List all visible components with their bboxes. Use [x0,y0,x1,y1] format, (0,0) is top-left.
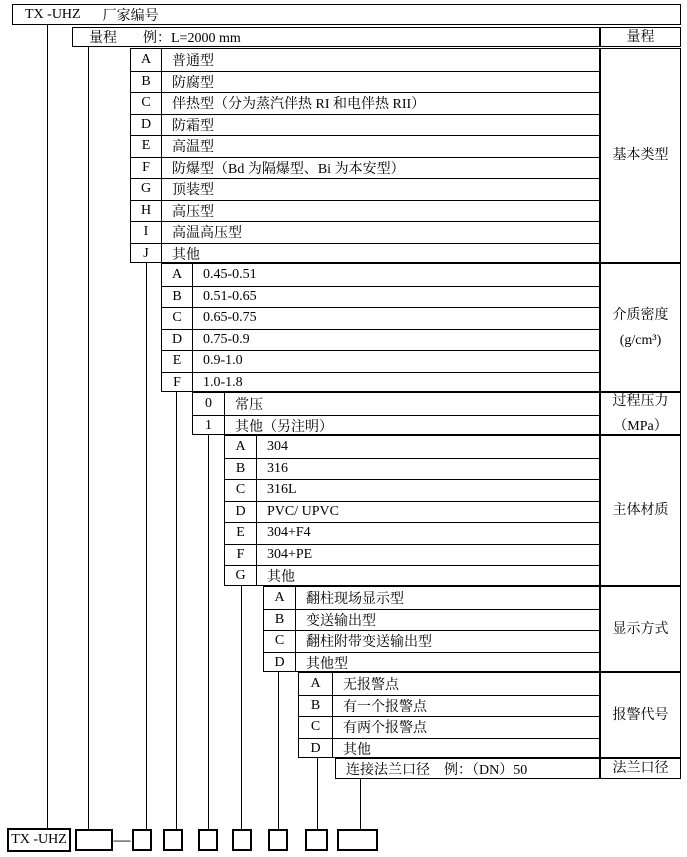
connector-line-density [176,392,177,829]
connector-line-model [47,25,48,829]
description-cell: 变送输出型 [296,610,376,631]
basic-type-row-B: B防腐型 [131,71,599,93]
body-material-row-D: DPVC/ UPVC [225,501,599,523]
description-cell: PVC/ UPVC [257,502,339,523]
code-cell: E [162,351,193,372]
description-cell: 其他（另注明） [225,416,333,436]
description-cell: 高温高压型 [162,222,242,243]
code-cell: F [131,158,162,179]
model-prefix-text: TX -UHZ [25,7,81,23]
category-basic-type: 基本类型 [600,48,681,263]
medium-density-row-A: A0.45-0.51 [162,264,599,286]
description-cell: 0.51-0.65 [193,287,257,308]
section-basic-type: A普通型B防腐型C伴热型（分为蒸汽伴热 RI 和电伴热 RII）D防霜型E高温型… [130,48,600,263]
description-cell: 高温型 [162,136,214,157]
model-prefix-box: TX -UHZ [7,828,71,852]
model-prefix-bottom-text: TX -UHZ [11,832,67,848]
category-label-line: 基本类型 [613,143,669,168]
code-cell: H [131,201,162,222]
code-cell: A [225,436,257,458]
medium-density-row-B: B0.51-0.65 [162,286,599,308]
model-code-dash: — [111,829,133,851]
description-cell: 316L [257,480,297,501]
code-cell: C [299,717,333,738]
code-cell: A [264,587,296,609]
connector-line-range [88,47,89,829]
category-label-line: 介质密度 [613,303,669,328]
medium-density-row-D: D0.75-0.9 [162,329,599,351]
code-box-range [75,829,113,851]
body-material-row-F: F304+PE [225,544,599,566]
range-label: 量程 [89,27,117,47]
alarm-code-row-D: D其他 [299,738,599,759]
display-mode-row-D: D其他型 [264,652,599,673]
code-box-display-mode [268,829,288,851]
category-alarm-code: 报警代号 [600,672,681,758]
code-cell: A [131,49,162,71]
medium-density-row-C: C0.65-0.75 [162,307,599,329]
process-pressure-row-1: 1其他（另注明） [193,415,599,436]
description-cell: 1.0-1.8 [193,373,243,393]
range-example: 例：L=2000 mm [143,27,241,47]
description-cell: 伴热型（分为蒸汽伴热 RI 和电伴热 RII） [162,93,425,114]
description-cell: 304+F4 [257,523,311,544]
code-cell: G [131,179,162,200]
category-label-line: 过程压力 [613,389,669,414]
description-cell: 0.9-1.0 [193,351,243,372]
code-cell: E [131,136,162,157]
factory-number-label: 厂家编号 [103,5,159,25]
connector-line-flange [360,779,361,829]
display-mode-row-A: A翻柱现场显示型 [264,587,599,609]
body-material-row-E: E304+F4 [225,522,599,544]
medium-density-row-F: F1.0-1.8 [162,372,599,393]
description-cell: 316 [257,459,288,480]
code-box-basic-type [132,829,152,851]
connector-line-pressure [208,435,209,829]
code-cell: F [225,545,257,566]
basic-type-row-E: E高温型 [131,135,599,157]
body-material-row-A: A304 [225,436,599,458]
code-cell: B [299,696,333,717]
section-process-pressure: 0常压1其他（另注明） [192,392,600,435]
flange-label: 连接法兰口径 例：（DN）50 [346,759,527,779]
description-cell: 304 [257,436,288,458]
basic-type-row-I: I高温高压型 [131,221,599,243]
category-label-line: 主体材质 [613,498,669,523]
code-cell: 0 [193,393,225,415]
code-cell: F [162,373,193,393]
code-box-density [163,829,183,851]
code-cell: G [225,566,257,586]
description-cell: 0.75-0.9 [193,330,250,351]
basic-type-row-A: A普通型 [131,49,599,71]
code-box-pressure [198,829,218,851]
description-cell: 防腐型 [162,72,214,93]
code-cell: J [131,244,162,264]
medium-density-row-E: E0.9-1.0 [162,350,599,372]
code-cell: 1 [193,416,225,436]
description-cell: 0.65-0.75 [193,308,257,329]
section-display-mode: A翻柱现场显示型B变送输出型C翻柱附带变送输出型D其他型 [263,586,600,672]
description-cell: 防霜型 [162,115,214,136]
basic-type-row-H: H高压型 [131,200,599,222]
category-flange: 法兰口径 [600,758,681,779]
category-label-line: (g/cm³) [620,328,662,353]
code-cell: D [131,115,162,136]
description-cell: 其他 [162,244,200,264]
body-material-row-G: G其他 [225,565,599,586]
code-cell: C [264,631,296,652]
range-row: 量程 例：L=2000 mm [72,27,600,47]
category-range: 量程 [600,27,681,47]
basic-type-row-J: J其他 [131,243,599,264]
code-cell: B [131,72,162,93]
body-material-row-C: C316L [225,479,599,501]
section-alarm-code: A无报警点B有一个报警点C有两个报警点D其他 [298,672,600,758]
category-display-mode: 显示方式 [600,586,681,672]
section-medium-density: A0.45-0.51B0.51-0.65C0.65-0.75D0.75-0.9E… [161,263,600,392]
code-cell: B [225,459,257,480]
display-mode-row-B: B变送输出型 [264,609,599,631]
display-mode-row-C: C翻柱附带变送输出型 [264,630,599,652]
code-cell: D [162,330,193,351]
category-label-line: 报警代号 [613,703,669,728]
description-cell: 常压 [225,393,263,415]
category-label-line: 显示方式 [613,617,669,642]
alarm-code-row-C: C有两个报警点 [299,716,599,738]
connector-line-material [241,586,242,829]
basic-type-row-C: C伴热型（分为蒸汽伴热 RI 和电伴热 RII） [131,92,599,114]
category-medium-density: 介质密度(g/cm³) [600,263,681,392]
connector-line-alarm-code [317,758,318,829]
flange-row: 连接法兰口径 例：（DN）50 [335,758,600,779]
description-cell: 有一个报警点 [333,696,427,717]
description-cell: 其他 [257,566,295,586]
code-cell: D [225,502,257,523]
description-cell: 有两个报警点 [333,717,427,738]
code-cell: C [225,480,257,501]
code-cell: C [131,93,162,114]
category-body-material: 主体材质 [600,435,681,586]
description-cell: 304+PE [257,545,312,566]
code-box-flange [337,829,378,851]
description-cell: 防爆型（Bd 为隔爆型、Bi 为本安型） [162,158,405,179]
code-cell: A [299,673,333,695]
category-flange-text: 法兰口径 [613,756,669,781]
section-body-material: A304B316C316LDPVC/ UPVCE304+F4F304+PEG其他 [224,435,600,586]
description-cell: 翻柱附带变送输出型 [296,631,432,652]
connector-line-display-mode [278,672,279,829]
description-cell: 无报警点 [333,673,399,695]
description-cell: 0.45-0.51 [193,264,257,286]
basic-type-row-F: F防爆型（Bd 为隔爆型、Bi 为本安型） [131,157,599,179]
ordering-code-diagram: TX -UHZ 厂家编号 量程 例：L=2000 mm 量程 A普通型B防腐型C… [0,0,687,857]
description-cell: 其他型 [296,653,348,673]
code-cell: D [264,653,296,673]
model-header-box: TX -UHZ 厂家编号 [12,4,681,25]
basic-type-row-D: D防霜型 [131,114,599,136]
code-cell: D [299,739,333,759]
category-process-pressure: 过程压力（MPa） [600,392,681,435]
code-cell: B [264,610,296,631]
alarm-code-row-A: A无报警点 [299,673,599,695]
code-cell: I [131,222,162,243]
code-cell: A [162,264,193,286]
code-cell: E [225,523,257,544]
alarm-code-row-B: B有一个报警点 [299,695,599,717]
body-material-row-B: B316 [225,458,599,480]
code-cell: C [162,308,193,329]
description-cell: 普通型 [162,49,214,71]
connector-line-basic-type [146,263,147,829]
description-cell: 其他 [333,739,371,759]
code-box-material [232,829,252,851]
code-box-alarm-code [305,829,328,851]
description-cell: 高压型 [162,201,214,222]
basic-type-row-G: G顶装型 [131,178,599,200]
description-cell: 顶装型 [162,179,214,200]
description-cell: 翻柱现场显示型 [296,587,404,609]
category-range-text: 量程 [627,25,655,50]
code-cell: B [162,287,193,308]
process-pressure-row-0: 0常压 [193,393,599,415]
